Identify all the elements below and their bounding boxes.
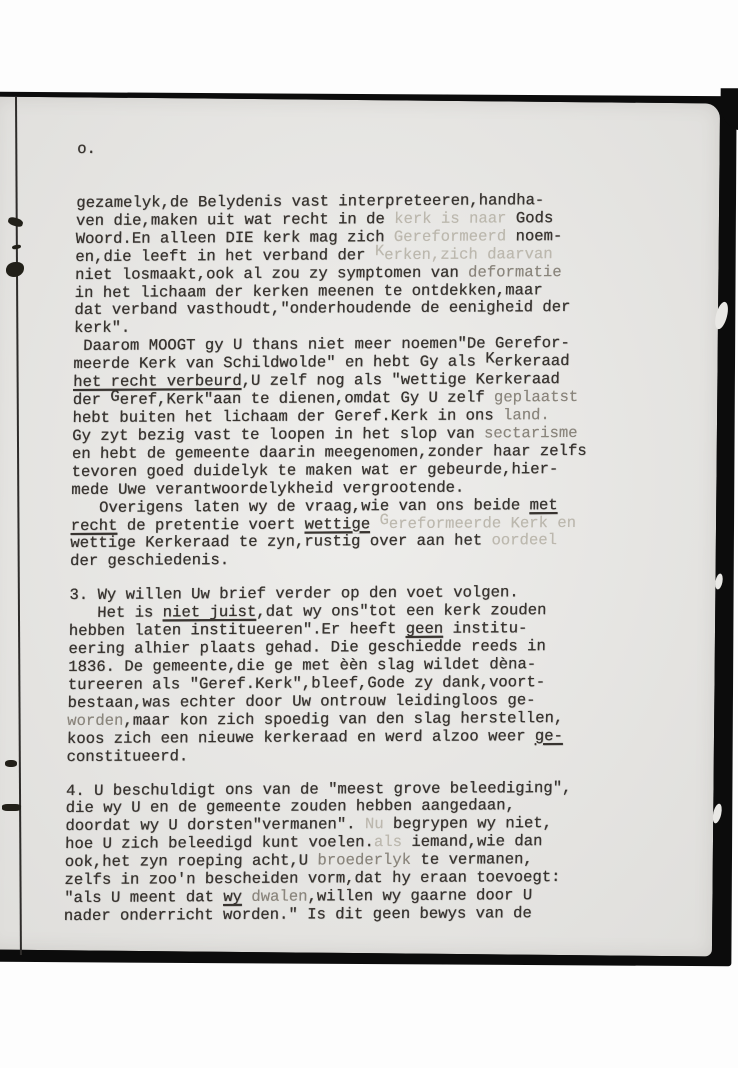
text-segment: eref,Kerk"aan te dienen,omdat Gy U zelf [119,388,494,408]
text-line: nader onderricht worden." Is dit geen be… [64,905,624,926]
text-segment: hoe U zich beleedigd kunt voelen. [65,833,374,853]
text-segment: en,die leeft in het verband der [75,246,375,266]
text-segment: erken,zich daarvan [384,245,553,264]
text-segment: dat verband vasthoudt,"onderhoudende de … [74,298,570,319]
corner-shadow [720,88,738,130]
text-segment: doordat wy U dorsten"vermanen". [65,816,365,836]
text-segment: tevoren goed duidelyk te maken wat er ge… [71,460,558,481]
text-segment: wettige [304,515,370,533]
text-segment: Het is [69,604,163,623]
text-segment: ,dat wy ons"tot een kerk zouden [256,601,546,621]
typewritten-text: o. gezamelyk,de Belydenis vast interpret… [63,102,638,962]
text-segment: ,U zelf nog als "wettige Kerkeraad [241,370,560,390]
text-segment [242,888,252,906]
text-segment: oordeel [491,531,557,549]
text-segment: het recht verbeurd [73,372,242,391]
text-segment: constitueerd. [66,747,188,766]
text-segment: kerk". [74,319,130,337]
text-segment: institu- [443,619,528,638]
text-segment: erkeraad [494,352,569,370]
text-segment: der [73,391,111,409]
text-segment: ,willen wy gaarne door U [307,886,532,905]
text-segment: ven die,maken uit wat recht in de [76,210,395,230]
text-segment: ereformeerde Kerk en [389,513,576,532]
ink-blot [2,804,21,811]
page-number-line: o. [77,138,637,159]
body-text-lines: gezamelyk,de Belydenis vast interpreteer… [64,192,637,926]
text-segment: Woord.En alleen DIE kerk mag zich [76,228,395,248]
text-segment: K [485,350,495,368]
text-segment: broederlyk [317,851,411,870]
text-segment: geplaatst [494,388,579,407]
text-segment [370,515,380,533]
text-segment: met [529,496,557,514]
text-segment: K [375,243,385,261]
text-segment: nader onderricht worden." Is dit geen be… [64,904,532,925]
text-segment: noem- [506,227,562,245]
text-segment: niet juist [163,603,257,622]
text-segment: recht [71,516,118,534]
text-segment: deformatie [468,263,562,282]
text-segment: koos zich een nieuwe kerkeraad en werd a… [67,727,535,748]
scanned-document-page: o. gezamelyk,de Belydenis vast interpret… [0,0,738,1068]
text-segment: als [374,833,402,851]
text-segment: sectarisme [484,424,578,443]
text-segment: Gods [506,209,553,227]
text-segment: wettige Kerkeraad te zyn,rustig over aan… [70,532,491,553]
page-number: o. [77,140,96,158]
text-segment: te vermanen, [411,850,533,869]
text-segment: G [110,388,120,406]
text-segment: G [379,512,389,530]
text-segment: de pretentie voert [117,515,304,534]
text-segment: der geschiedenis. [70,551,229,570]
text-segment: geen [406,620,444,638]
text-segment: begrypen wy niet, [383,814,552,833]
text-segment: Nu [365,815,384,833]
text-segment: kerk is naar [394,209,507,228]
text-segment: "als U meent dat [64,888,223,907]
text-segment: worden [67,711,123,729]
text-segment: Gereformeerd [394,227,507,246]
text-segment: ge- [535,727,563,745]
ink-blot [5,760,17,767]
text-segment: iemand,wie dan [402,832,543,851]
text-segment: land. [503,406,550,424]
text-segment: hebben laten institueeren".Er heeft [69,620,406,640]
text-line: koos zich een nieuwe kerkeraad en werd a… [67,727,627,748]
text-segment: ook,het zyn roeping acht,U [65,852,318,872]
text-segment: wy [223,888,242,906]
text-segment: dwalen [251,888,307,906]
